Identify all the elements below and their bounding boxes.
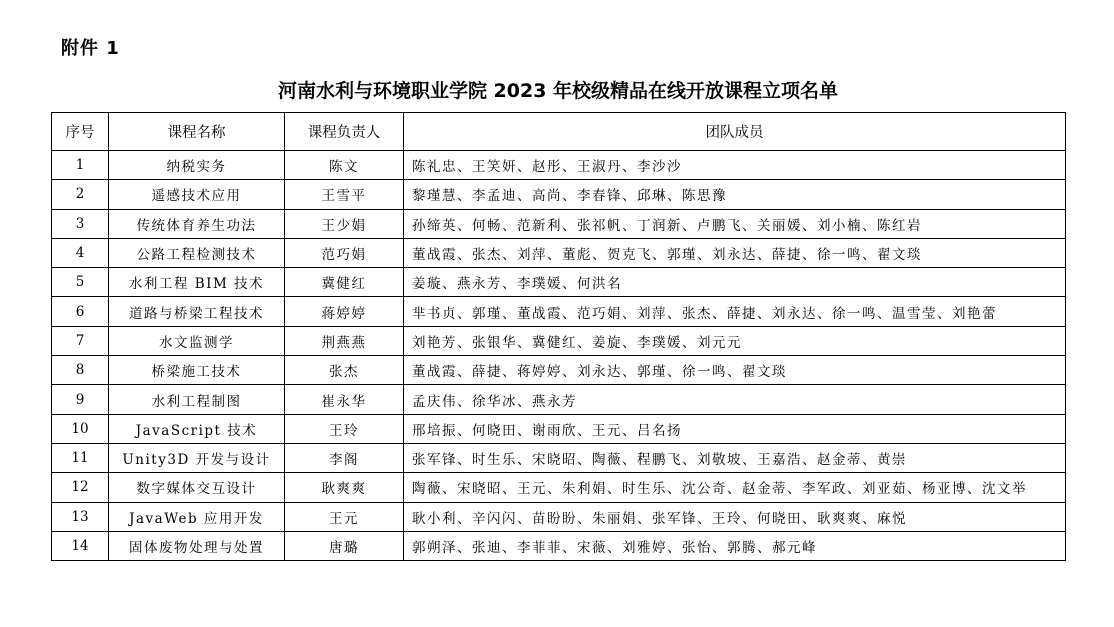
row-number: 3: [52, 209, 109, 238]
document-title-text: 河南水利与环境职业学院 2023 年校级精品在线开放课程立项名单: [278, 76, 838, 103]
attachment-label: 附件 1: [61, 34, 120, 60]
course-lead: 范巧娟: [285, 238, 404, 267]
course-lead: 耿爽爽: [285, 473, 404, 502]
table-row: 14固体废物处理与处置唐璐郭朔泽、张迪、李菲菲、宋薇、刘雅婷、张怡、郭腾、郝元峰: [52, 531, 1066, 560]
table-row: 11Unity3D 开发与设计李阁张军锋、时生乐、宋晓昭、陶薇、程鹏飞、刘敬坡、…: [52, 443, 1066, 472]
row-number: 10: [52, 414, 109, 443]
row-number: 8: [52, 356, 109, 385]
table-header-row: 序号 课程名称 课程负责人 团队成员: [52, 113, 1066, 151]
table-row: 6道路与桥梁工程技术蒋婷婷芈书贞、郭瑾、董战霞、范巧娟、刘萍、张杰、薛捷、刘永达…: [52, 297, 1066, 326]
row-number: 1: [52, 151, 109, 180]
course-name: JavaWeb 应用开发: [109, 502, 285, 531]
course-name: 公路工程检测技术: [109, 238, 285, 267]
row-number: 9: [52, 385, 109, 414]
team-members: 陶薇、宋晓昭、王元、朱利娟、时生乐、沈公奇、赵金蒂、李军政、刘亚茹、杨亚博、沈文…: [404, 473, 1066, 502]
course-name: 传统体育养生功法: [109, 209, 285, 238]
row-number: 12: [52, 473, 109, 502]
course-name: 水利工程 BIM 技术: [109, 268, 285, 297]
course-lead: 王雪平: [285, 180, 404, 209]
row-number: 2: [52, 180, 109, 209]
row-number: 4: [52, 238, 109, 267]
course-name: 桥梁施工技术: [109, 356, 285, 385]
course-lead: 王少娟: [285, 209, 404, 238]
team-members: 邢培振、何晓田、谢雨欣、王元、吕名扬: [404, 414, 1066, 443]
row-number: 6: [52, 297, 109, 326]
row-number: 13: [52, 502, 109, 531]
team-members: 孟庆伟、徐华冰、燕永芳: [404, 385, 1066, 414]
table-row: 5水利工程 BIM 技术冀健红姜璇、燕永芳、李璞媛、何洪名: [52, 268, 1066, 297]
course-name: 水文监测学: [109, 326, 285, 355]
team-members: 孙缔英、何畅、范新利、张祁帆、丁润新、卢鹏飞、关丽媛、刘小楠、陈红岩: [404, 209, 1066, 238]
team-members: 刘艳芳、张银华、冀健红、姜旋、李璞媛、刘元元: [404, 326, 1066, 355]
course-lead: 李阁: [285, 443, 404, 472]
course-lead: 陈文: [285, 151, 404, 180]
team-members: 郭朔泽、张迪、李菲菲、宋薇、刘雅婷、张怡、郭腾、郝元峰: [404, 531, 1066, 560]
row-number: 11: [52, 443, 109, 472]
course-name: JavaScript 技术: [109, 414, 285, 443]
course-list-table: 序号 课程名称 课程负责人 团队成员 1纳税实务陈文陈礼忠、王笑妍、赵彤、王淑丹…: [51, 112, 1066, 561]
course-lead: 唐璐: [285, 531, 404, 560]
table-row: 9水利工程制图崔永华孟庆伟、徐华冰、燕永芳: [52, 385, 1066, 414]
team-members: 张军锋、时生乐、宋晓昭、陶薇、程鹏飞、刘敬坡、王嘉浩、赵金蒂、黄崇: [404, 443, 1066, 472]
course-name: 水利工程制图: [109, 385, 285, 414]
course-lead: 崔永华: [285, 385, 404, 414]
team-members: 姜璇、燕永芳、李璞媛、何洪名: [404, 268, 1066, 297]
table-row: 1纳税实务陈文陈礼忠、王笑妍、赵彤、王淑丹、李沙沙: [52, 151, 1066, 180]
course-name: 遥感技术应用: [109, 180, 285, 209]
header-members: 团队成员: [404, 113, 1066, 151]
table-row: 2遥感技术应用王雪平黎瑾慧、李孟迪、高尚、李春锋、邱琳、陈思豫: [52, 180, 1066, 209]
course-name: 数字媒体交互设计: [109, 473, 285, 502]
header-course: 课程名称: [109, 113, 285, 151]
row-number: 5: [52, 268, 109, 297]
course-name: 纳税实务: [109, 151, 285, 180]
team-members: 黎瑾慧、李孟迪、高尚、李春锋、邱琳、陈思豫: [404, 180, 1066, 209]
course-lead: 蒋婷婷: [285, 297, 404, 326]
table-row: 7水文监测学荆燕燕刘艳芳、张银华、冀健红、姜旋、李璞媛、刘元元: [52, 326, 1066, 355]
table-row: 8桥梁施工技术张杰董战霞、薛捷、蒋婷婷、刘永达、郭瑾、徐一鸣、翟文琰: [52, 356, 1066, 385]
table-body: 1纳税实务陈文陈礼忠、王笑妍、赵彤、王淑丹、李沙沙2遥感技术应用王雪平黎瑾慧、李…: [52, 151, 1066, 561]
course-lead: 冀健红: [285, 268, 404, 297]
course-lead: 荆燕燕: [285, 326, 404, 355]
course-lead: 王玲: [285, 414, 404, 443]
course-lead: 王元: [285, 502, 404, 531]
team-members: 芈书贞、郭瑾、董战霞、范巧娟、刘萍、张杰、薛捷、刘永达、徐一鸣、温雪莹、刘艳蕾: [404, 297, 1066, 326]
table-row: 3传统体育养生功法王少娟孙缔英、何畅、范新利、张祁帆、丁润新、卢鹏飞、关丽媛、刘…: [52, 209, 1066, 238]
team-members: 耿小利、辛闪闪、苗盼盼、朱丽娟、张军锋、王玲、何晓田、耿爽爽、麻悦: [404, 502, 1066, 531]
table-row: 12数字媒体交互设计耿爽爽陶薇、宋晓昭、王元、朱利娟、时生乐、沈公奇、赵金蒂、李…: [52, 473, 1066, 502]
course-lead: 张杰: [285, 356, 404, 385]
row-number: 14: [52, 531, 109, 560]
row-number: 7: [52, 326, 109, 355]
team-members: 董战霞、薛捷、蒋婷婷、刘永达、郭瑾、徐一鸣、翟文琰: [404, 356, 1066, 385]
document-title: 河南水利与环境职业学院 2023 年校级精品在线开放课程立项名单: [0, 76, 1114, 103]
header-lead: 课程负责人: [285, 113, 404, 151]
table-row: 10JavaScript 技术王玲邢培振、何晓田、谢雨欣、王元、吕名扬: [52, 414, 1066, 443]
team-members: 董战霞、张杰、刘萍、董彪、贺克飞、郭瑾、刘永达、薛捷、徐一鸣、翟文琰: [404, 238, 1066, 267]
course-name: Unity3D 开发与设计: [109, 443, 285, 472]
table-row: 13JavaWeb 应用开发王元耿小利、辛闪闪、苗盼盼、朱丽娟、张军锋、王玲、何…: [52, 502, 1066, 531]
header-no: 序号: [52, 113, 109, 151]
course-name: 固体废物处理与处置: [109, 531, 285, 560]
course-name: 道路与桥梁工程技术: [109, 297, 285, 326]
team-members: 陈礼忠、王笑妍、赵彤、王淑丹、李沙沙: [404, 151, 1066, 180]
table-row: 4公路工程检测技术范巧娟董战霞、张杰、刘萍、董彪、贺克飞、郭瑾、刘永达、薛捷、徐…: [52, 238, 1066, 267]
